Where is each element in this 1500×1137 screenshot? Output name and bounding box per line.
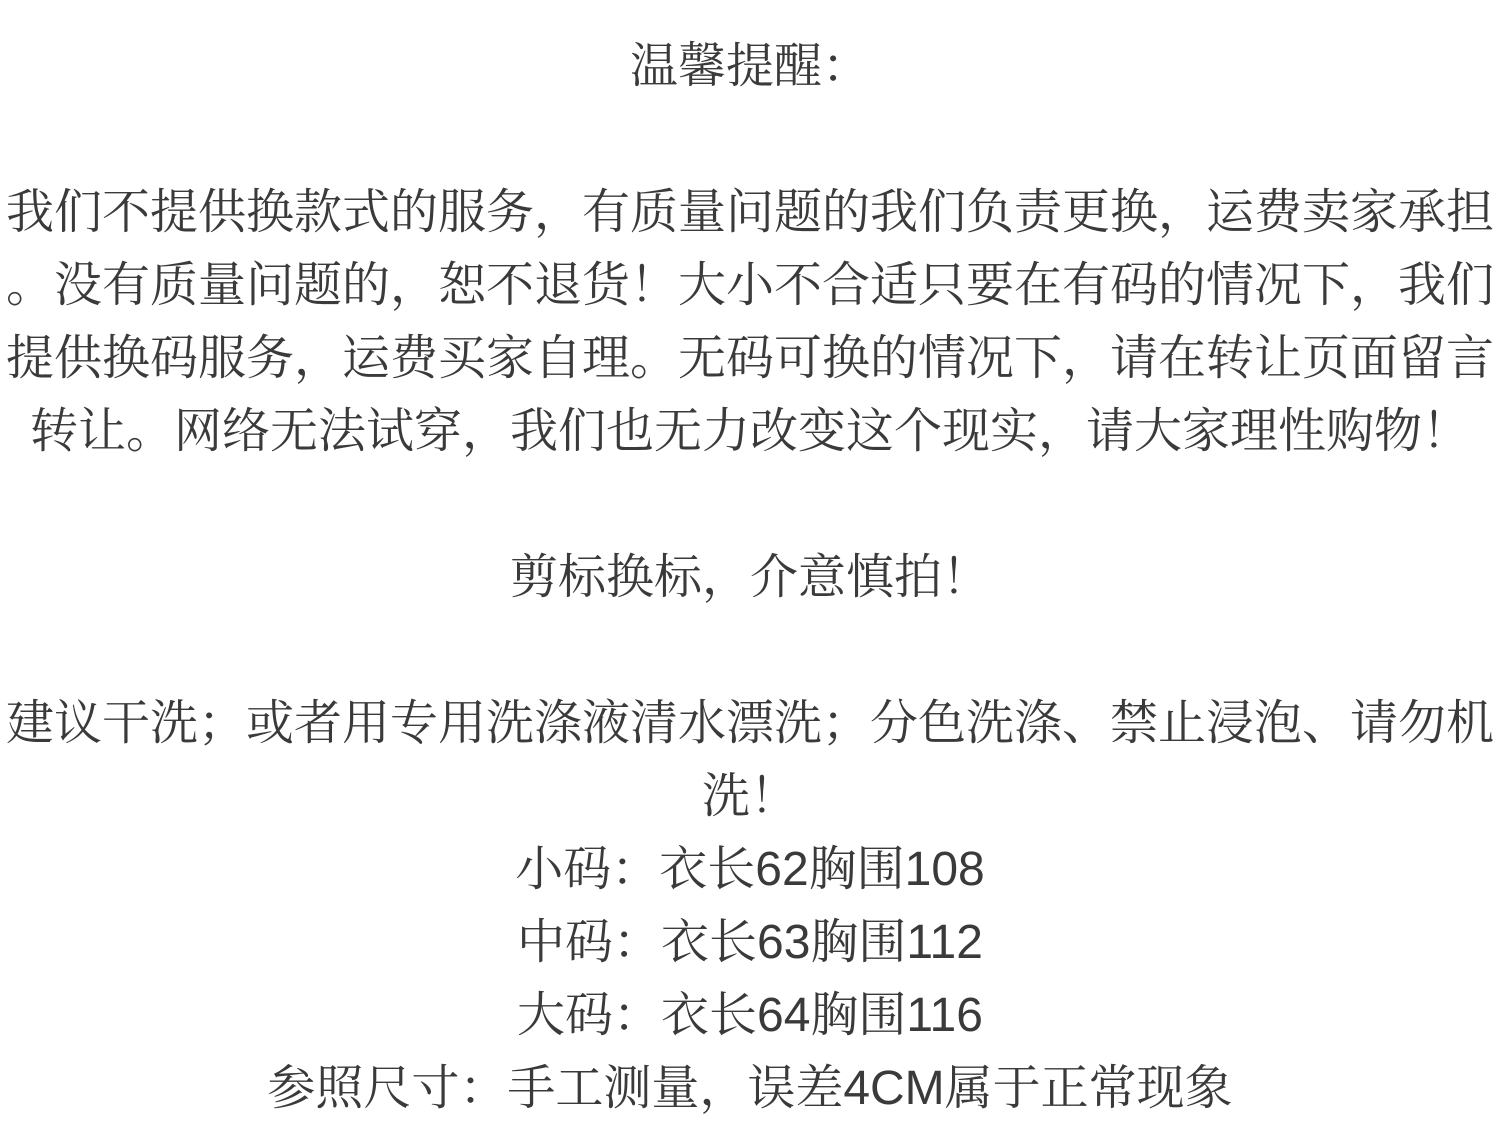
policy-paragraph: 我们不提供换款式的服务，有质量问题的我们负责更换，运费卖家承担 。没有质量问题的… [0, 176, 1500, 468]
washing-line: 洗！ [0, 760, 1500, 833]
measurement-note: 参照尺寸：手工测量，误差4CM属于正常现象 [0, 1052, 1500, 1125]
policy-line: 。没有质量问题的，恕不退货！大小不合适只要在有码的情况下，我们 [0, 249, 1500, 322]
policy-line: 提供换码服务，运费买家自理。无码可换的情况下，请在转让页面留言 [0, 322, 1500, 395]
blank-line [0, 614, 1500, 687]
blank-line [0, 468, 1500, 541]
policy-line: 转让。网络无法试穿，我们也无力改变这个现实，请大家理性购物！ [0, 395, 1500, 468]
washing-line: 建议干洗；或者用专用洗涤液清水漂洗；分色洗涤、禁止浸泡、请勿机 [0, 687, 1500, 760]
washing-instructions: 建议干洗；或者用专用洗涤液清水漂洗；分色洗涤、禁止浸泡、请勿机 洗！ [0, 687, 1500, 833]
size-chart: 小码：衣长62胸围108 中码：衣长63胸围112 大码：衣长64胸围116 [0, 833, 1500, 1052]
size-line-small: 小码：衣长62胸围108 [0, 833, 1500, 906]
notice-text-block: 温馨提醒： 我们不提供换款式的服务，有质量问题的我们负责更换，运费卖家承担 。没… [0, 0, 1500, 1125]
policy-line: 我们不提供换款式的服务，有质量问题的我们负责更换，运费卖家承担 [0, 176, 1500, 249]
blank-line [0, 103, 1500, 176]
page-title: 温馨提醒： [0, 30, 1500, 103]
notice-page: 温馨提醒： 我们不提供换款式的服务，有质量问题的我们负责更换，运费卖家承担 。没… [0, 0, 1500, 1137]
size-line-medium: 中码：衣长63胸围112 [0, 906, 1500, 979]
size-line-large: 大码：衣长64胸围116 [0, 979, 1500, 1052]
label-warning-line: 剪标换标，介意慎拍！ [0, 541, 1500, 614]
